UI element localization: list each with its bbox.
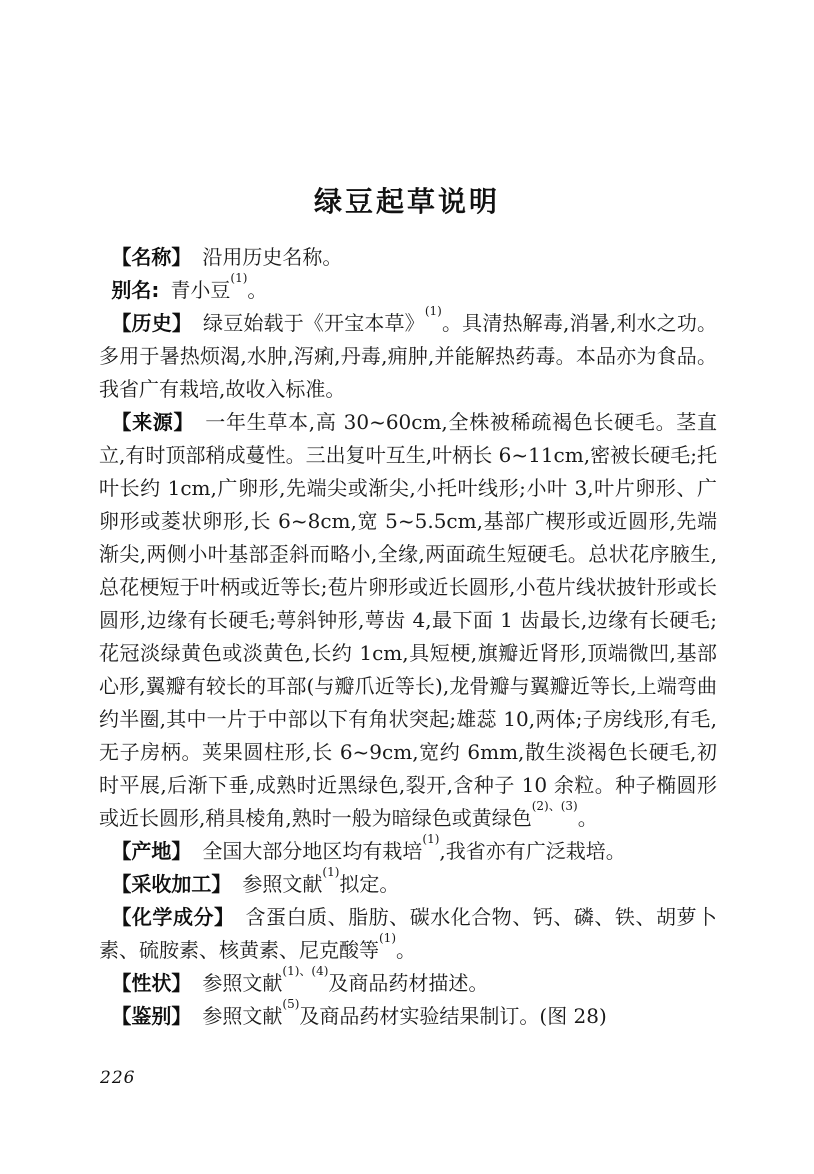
paragraph-text: 参照文献 [202, 1004, 282, 1028]
paragraph: 别名:青小豆(1)。 [99, 274, 717, 307]
paragraph: 【来源】一年生草本,高 30~60cm,全株被稀疏褐色长硬毛。茎直立,有时顶部稍… [99, 406, 717, 835]
paragraph: 【采收加工】参照文献(1)拟定。 [99, 868, 717, 901]
paragraph-text: 参照文献 [242, 872, 322, 896]
section-label: 【来源】 [111, 410, 194, 434]
paragraph-text: ,我省亦有广泛栽培。 [439, 839, 625, 863]
paragraph: 【历史】绿豆始载于《开宝本草》(1)。具清热解毒,消暑,利水之功。多用于暑热烦渴… [99, 307, 717, 406]
section-label: 别名: [111, 278, 159, 302]
paragraph: 【产地】全国大部分地区均有栽培(1),我省亦有广泛栽培。 [99, 835, 717, 868]
paragraph-text: 一年生草本,高 30~60cm,全株被稀疏褐色长硬毛。茎直立,有时顶部稍成蔓性。… [99, 410, 717, 830]
section-label: 【历史】 [111, 311, 192, 335]
paragraph-text: 参照文献 [202, 971, 282, 995]
reference-superscript: (1) [230, 271, 247, 285]
paragraph-text: 。 [396, 938, 416, 962]
page-number: 226 [100, 1068, 135, 1088]
paragraph-text: 及商品药材实验结果制订。(图 28) [299, 1004, 606, 1028]
paragraph-text: 及商品药材描述。 [328, 971, 488, 995]
paragraph-text: 拟定。 [339, 872, 399, 896]
reference-superscript: (1) [322, 865, 339, 879]
section-label: 【化学成分】 [111, 905, 234, 929]
section-label: 【鉴别】 [111, 1004, 191, 1028]
reference-superscript: (1) [422, 832, 439, 846]
paragraph: 【鉴别】参照文献(5)及商品药材实验结果制订。(图 28) [99, 1000, 717, 1033]
paragraph-text: 全国大部分地区均有栽培 [202, 839, 422, 863]
document-page: 绿豆起草说明 【名称】沿用历史名称。别名:青小豆(1)。【历史】绿豆始载于《开宝… [0, 0, 814, 1174]
paragraph-text: 沿用历史名称。 [202, 245, 342, 269]
paragraph: 【性状】参照文献(1)、(4)及商品药材描述。 [99, 967, 717, 1000]
section-label: 【性状】 [111, 971, 191, 995]
section-label: 【产地】 [111, 839, 191, 863]
reference-superscript: (1)、(4) [282, 964, 328, 978]
paragraph-text: 绿豆始载于《开宝本草》 [203, 311, 425, 335]
reference-superscript: (5) [282, 997, 299, 1011]
paragraph-text: 。 [247, 278, 267, 302]
paragraph-text: 。 [578, 806, 598, 830]
reference-superscript: (1) [379, 931, 396, 945]
document-body: 【名称】沿用历史名称。别名:青小豆(1)。【历史】绿豆始载于《开宝本草》(1)。… [99, 241, 717, 1033]
paragraph-text: 青小豆 [170, 278, 230, 302]
reference-superscript: (1) [425, 304, 442, 318]
section-label: 【采收加工】 [111, 872, 231, 896]
section-label: 【名称】 [111, 245, 191, 269]
page-title: 绿豆起草说明 [0, 180, 814, 220]
paragraph: 【名称】沿用历史名称。 [99, 241, 717, 274]
paragraph: 【化学成分】含蛋白质、脂肪、碳水化合物、钙、磷、铁、胡萝卜素、硫胺素、核黄素、尼… [99, 901, 717, 967]
reference-superscript: (2)、(3) [532, 799, 578, 813]
